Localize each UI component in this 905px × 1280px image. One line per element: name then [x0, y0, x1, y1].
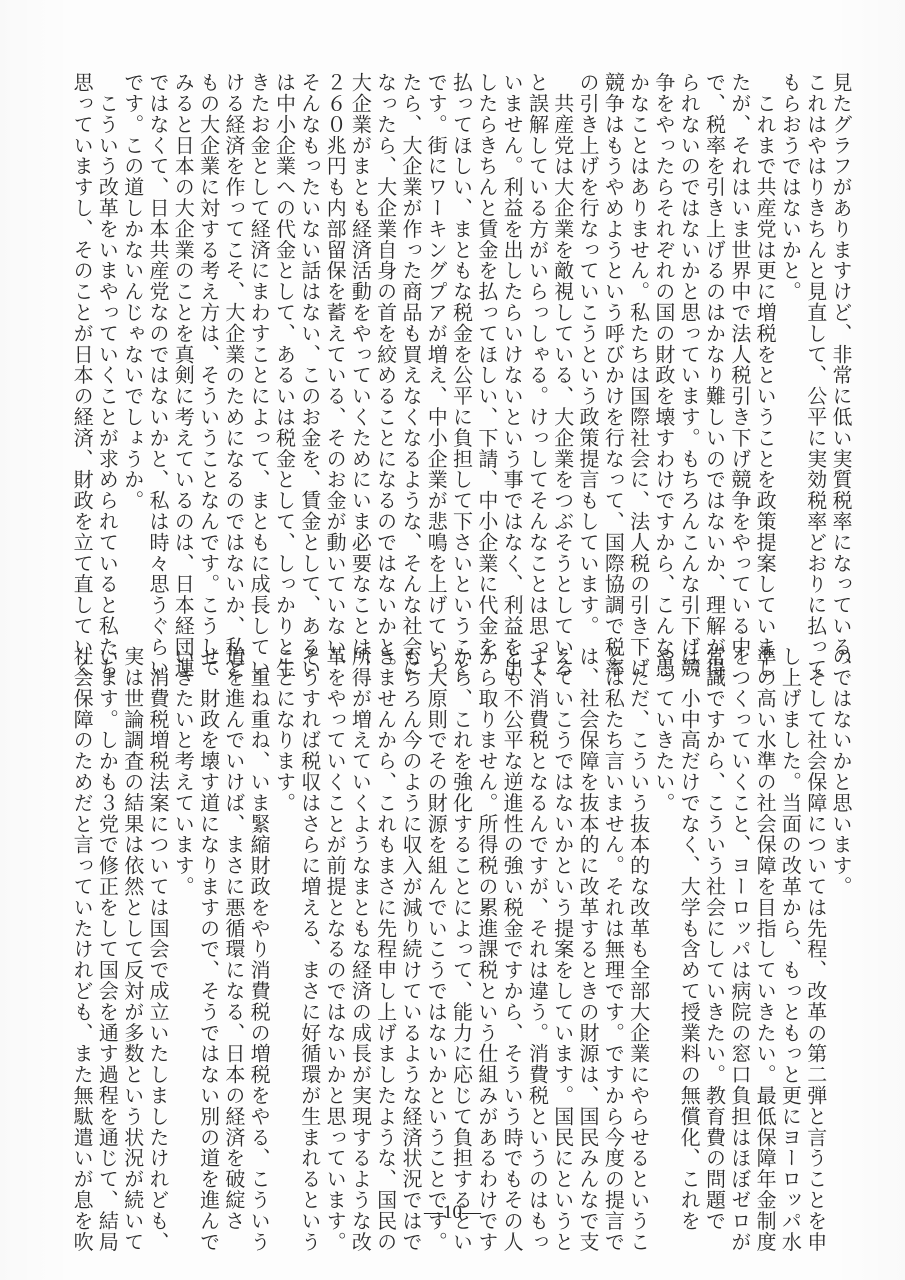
text-line: から取りません。所得税の累進課税という仕組みがあるわけです — [474, 646, 499, 1176]
text-line: やっていきたい。 — [651, 646, 676, 1176]
text-line: 見たグラフがありますけど、非常に低い実質税率になっている、 — [828, 72, 853, 602]
text-line: う大原則でその財源を組んでいこうではないかということです。 — [423, 646, 448, 1176]
text-line: えていこうではないかという提案をしています。国民にというと — [549, 646, 574, 1176]
text-line: たが、それはいま世界中で法人税引き下げ競争をやっている中 — [727, 72, 752, 602]
text-block-upper: 見たグラフがありますけど、非常に低い実質税率になっている、 これはやはりきちんと… — [93, 72, 853, 602]
text-line: せ、財政を壊す道になりますので、そうではない別の道を進んで — [195, 646, 220, 1176]
text-line: とも不公平な逆進性の強い税金ですから、そういう時でもその人 — [499, 646, 524, 1176]
text-line: たら、大企業が作った商品も買えなくなるような、そんな社会に — [398, 72, 423, 602]
text-line: みると日本の大企業のことを真剣に考えているのは、日本経団連 — [170, 72, 195, 602]
text-line: 実は世論調査の結果は依然として反対が多数という状況が続いて — [119, 646, 144, 1176]
text-line: すぐ消費税となるんですが、それは違う。消費税というのはもっ — [524, 646, 549, 1176]
text-line: こういう改革をいまやっていくことが求められていると私たち — [94, 72, 119, 602]
text-line: きたお金として経済にまわすことによって、まともに成長してい — [246, 72, 271, 602]
text-line: 準の高い水準の社会保障を目指していきたい。最低保障年金制度 — [752, 646, 777, 1176]
text-line: ２６０兆円も内部留保を蓄えている、そのお金が動いていない、 — [322, 72, 347, 602]
text-line: をつくっていくこと、ヨーロッパは病院の窓口負担はほぼゼロが — [727, 646, 752, 1176]
text-line: とは私たち言いません。それは無理です。ですから今度の提言で — [600, 646, 625, 1176]
text-line: きませんから、これもまさに先程申し上げましたような、国民の — [372, 646, 397, 1176]
text-line: ことになります。 — [271, 646, 296, 1176]
text-line: です。この道しかないんじゃないでしょうか。 — [119, 72, 144, 602]
text-line: なったら、大企業自身の首を絞めることになるのではないかと。 — [372, 72, 397, 602]
text-line: 革をやっていくことが前提となるのではないかと思っています。 — [322, 646, 347, 1176]
text-line: のではないかと思います。 — [828, 646, 853, 1176]
text-line: し上げました。当面の改革から、もっともっと更にヨーロッパ水 — [777, 646, 802, 1176]
text-line: これまで共産党は更に増税をということを政策提案していまし — [752, 72, 777, 602]
text-line: これはやはりきちんと見直して、公平に実効税率どおりに払って — [802, 72, 827, 602]
text-line: から、これを強化することによって、能力に応じて負担するとい — [448, 646, 473, 1176]
text-line: 大企業がまとも経済活動をやっていくためにいま必要なことは、 — [347, 72, 372, 602]
text-line: です。街にワーキングプアが増え、中小企業が悲鳴を上げていっ — [423, 72, 448, 602]
text-line: 競争はもうやめようという呼びかけを行なって、国際協調で税率 — [600, 72, 625, 602]
text-line: そして社会保障については先程、改革の第二弾と言うことを申 — [802, 646, 827, 1176]
text-line: と誤解している方がいらっしゃる。けっしてそんなことは思って — [524, 72, 549, 602]
text-line: は、社会保障を抜本的に改革するときの財源は、国民みんなで支 — [575, 646, 600, 1176]
text-line: の引き上げを行なっていこうという政策提言もしています。 — [575, 72, 600, 602]
text-line: ただ、こういう抜本的な改革も全部大企業にやらせるというこ — [625, 646, 650, 1176]
text-line: は、小中高だけでなく、大学も含めて授業料の無償化、これを — [676, 646, 701, 1176]
text-line: かなことはありません。私たちは国際社会に、法人税の引き下げ — [625, 72, 650, 602]
text-line: 社会保障のためだと言っていたけれども、また無駄遣いが息を吹 — [69, 646, 94, 1176]
text-line: で、税率を引き上げるのはかなり難しいのではないか、理解が得 — [701, 72, 726, 602]
text-line: いません。利益を出したらいけないという事ではなく、利益を出 — [499, 72, 524, 602]
text-line: 争をやったらそれぞれの国の財政を壊すわけですから、こんな愚 — [651, 72, 676, 602]
text-line: いきたいと考えています。 — [170, 646, 195, 1176]
text-line: 払ってほしい、まともな税金を公平に負担して下さいということ — [448, 72, 473, 602]
text-line: 共産党は大企業を敵視している、大企業をつぶそうとしている — [549, 72, 574, 602]
text-line: もの大企業に対する考え方は、そういうことなんです。こうして — [195, 72, 220, 602]
text-line: ける経済を作ってこそ、大企業のためになるのではないか、私ど — [221, 72, 246, 602]
text-line: もらおうではないかと。 — [777, 72, 802, 602]
text-block-lower: のではないかと思います。 そして社会保障については先程、改革の第二弾と言うことを… — [93, 646, 853, 1176]
text-line: 所得が増えていくようなまともな経済の成長が実現するような改 — [347, 646, 372, 1176]
text-line: ではなくて、日本共産党なのではないかと、私は時々思うぐらい — [145, 72, 170, 602]
text-line: 重ね重ね、いま緊縮財政をやり消費税の増税をやる、こういう — [246, 646, 271, 1176]
text-line: 思っていますし、そのことが日本の経済、財政を立て直していく — [69, 72, 94, 602]
text-line: 道を進んでいけば、まさに悪循環になる、日本の経済を破綻さ — [221, 646, 246, 1176]
text-line: います。しかも３党で修正をして国会を通す過程を通じて、結局 — [94, 646, 119, 1176]
text-line: 消費税増税法案については国会で成立いたしましたけれども、 — [145, 646, 170, 1176]
text-line: そうすれば税収はさらに増える、まさに好循環が生まれるという — [296, 646, 321, 1176]
text-line: 常識ですから、こういう社会にしていきたい。教育費の問題で — [701, 646, 726, 1176]
text-line: は中小企業への代金として、あるいは税金として、しっかりと生 — [271, 72, 296, 602]
text-line: もちろん今のように収入が減り続けているような経済状況ではで — [398, 646, 423, 1176]
text-line: したらきちんと賃金を払ってほしい、下請、中小企業に代金を — [474, 72, 499, 602]
document-page: 見たグラフがありますけど、非常に低い実質税率になっている、 これはやはりきちんと… — [0, 0, 905, 1280]
text-line: そんなもったいない話はない、このお金を、賃金として、あるい — [296, 72, 321, 602]
page-number: —10— — [0, 1202, 905, 1224]
text-line: られないのではないかと思っています。もちろんこんな引下げ競 — [676, 72, 701, 602]
